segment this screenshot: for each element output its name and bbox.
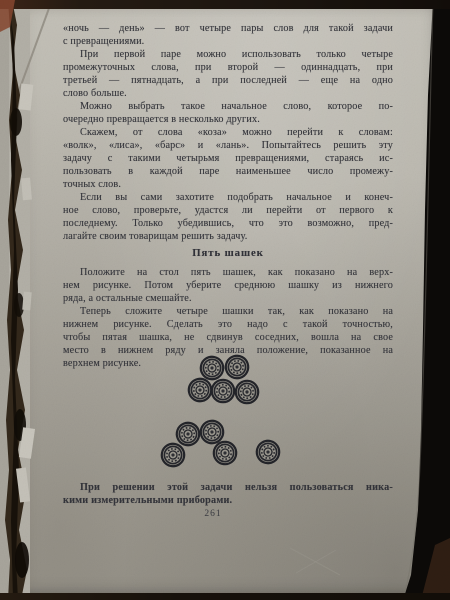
- checker: [253, 437, 284, 468]
- text-line: кими измерительными приборами.: [63, 494, 393, 507]
- book-photo: «ночь — день» — вот четыре пары слов для…: [0, 0, 450, 600]
- checker: [212, 380, 234, 402]
- text-line: третьей — пятнадцать, а при последней — …: [63, 74, 393, 87]
- checker: [213, 441, 238, 466]
- paragraph: Положите на стол пять шашек, как показан…: [63, 266, 393, 305]
- scratch-mark: [278, 533, 388, 588]
- text-line: Теперь сложите четыре шашки так, как пок…: [63, 305, 393, 318]
- paragraph: Можно выбрать такое начальное слово, кот…: [63, 100, 393, 126]
- text-line: нижнем рисунке. Сделать это надо с такой…: [63, 318, 393, 331]
- text-line: промежуточных слова, при второй — одинна…: [63, 61, 393, 74]
- section-heading: Пять шашек: [63, 247, 393, 260]
- text-line: очередно превращается в несколько других…: [63, 113, 393, 126]
- text-line: При решении этой задачи нельзя пользоват…: [63, 481, 393, 494]
- book-page: «ночь — день» — вот четыре пары слов для…: [8, 8, 438, 596]
- text-line: пользовать в каждой паре наименьшее числ…: [63, 165, 393, 178]
- paragraph: «ночь — день» — вот четыре пары слов для…: [63, 22, 393, 48]
- text-line: Положите на стол пять шашек, как показан…: [63, 266, 393, 279]
- text-line: «волк», «лиса», «барс» и «лань». Попытай…: [63, 139, 393, 152]
- checker: [223, 353, 251, 381]
- text-line: нем рисунке. Потом уберите среднюю шашку…: [63, 279, 393, 292]
- text-line: ное слово, проверьте, удастся ли перейти…: [63, 204, 393, 217]
- text-line: лагайте своим товарищам решить задачу.: [63, 230, 393, 243]
- paragraph: Скажем, от слова «коза» можно перейти к …: [63, 126, 393, 191]
- figure-checkers-start-position: [183, 352, 263, 406]
- text-line: Если вы сами захотите подобрать начально…: [63, 191, 393, 204]
- text-line: задачу с такими четырьмя превращениями, …: [63, 152, 393, 165]
- text-column: «ночь — день» — вот четыре пары слов для…: [63, 22, 393, 370]
- closing-paragraph: При решении этой задачи нельзя пользоват…: [63, 481, 393, 507]
- text-line: «ночь — день» — вот четыре пары слов для…: [63, 22, 393, 35]
- text-line: слово больше.: [63, 87, 393, 100]
- paragraph: Если вы сами захотите подобрать начально…: [63, 191, 393, 243]
- text-line: точных слов.: [63, 178, 393, 191]
- figure-checkers-task-position: [158, 418, 284, 470]
- text-line: Можно выбрать такое начальное слово, кот…: [63, 100, 393, 113]
- checker: [231, 376, 263, 406]
- text-line: с превращениями.: [63, 35, 393, 48]
- checker: [199, 419, 225, 445]
- text-line: При первой паре можно использовать тольк…: [63, 48, 393, 61]
- checker: [199, 355, 226, 382]
- text-line: последнему. Только убедившись, что это в…: [63, 217, 393, 230]
- paragraph: При первой паре можно использовать тольк…: [63, 48, 393, 100]
- page-number: 261: [63, 509, 363, 519]
- text-line: Скажем, от слова «коза» можно перейти к …: [63, 126, 393, 139]
- text-line: чтобы пятая шашка, не сдвинув соседних, …: [63, 331, 393, 344]
- text-line: ряда, а остальные смешайте.: [63, 292, 393, 305]
